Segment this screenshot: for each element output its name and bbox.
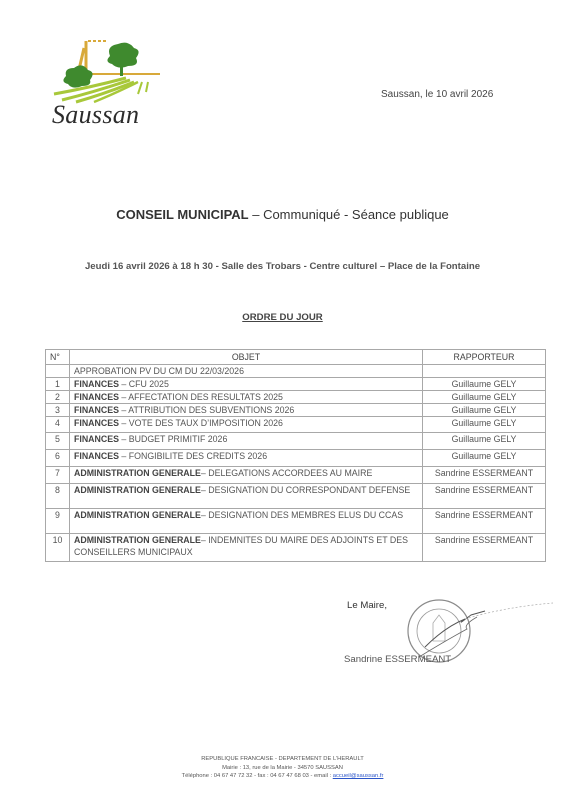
row-category: FINANCES: [74, 434, 119, 444]
header-objet: OBJET: [70, 350, 423, 365]
row-number: 10: [46, 534, 70, 562]
row-subject: – CFU 2025: [119, 379, 169, 389]
row-objet: ADMINISTRATION GENERALE– DELEGATIONS ACC…: [70, 467, 423, 484]
row-objet: FINANCES – AFFECTATION DES RESULTATS 202…: [70, 391, 423, 404]
row-number: 9: [46, 509, 70, 534]
row-subject: – DESIGNATION DES MEMBRES ELUS DU CCAS: [201, 510, 403, 520]
header-num: N°: [46, 350, 70, 365]
row-rapporteur: Sandrine ESSERMEANT: [423, 534, 546, 562]
row-subject: – DESIGNATION DU CORRESPONDANT DEFENSE: [201, 485, 410, 495]
row-rapporteur: Guillaume GELY: [423, 450, 546, 467]
table-row: 1FINANCES – CFU 2025Guillaume GELY: [46, 378, 546, 391]
signature-title: Le Maire,: [347, 600, 387, 611]
header-rapporteur: RAPPORTEUR: [423, 350, 546, 365]
row-rapporteur: Guillaume GELY: [423, 391, 546, 404]
row-number: [46, 365, 70, 378]
row-number: 3: [46, 404, 70, 417]
table-row: 10ADMINISTRATION GENERALE– INDEMNITES DU…: [46, 534, 546, 562]
row-objet: ADMINISTRATION GENERALE– DESIGNATION DES…: [70, 509, 423, 534]
row-objet: FINANCES – CFU 2025: [70, 378, 423, 391]
table-row: 4FINANCES – VOTE DES TAUX D’IMPOSITION 2…: [46, 417, 546, 433]
row-category: ADMINISTRATION GENERALE: [74, 510, 201, 520]
row-objet: ADMINISTRATION GENERALE– INDEMNITES DU M…: [70, 534, 423, 562]
row-subject: APPROBATION PV DU CM DU 22/03/2026: [74, 366, 244, 376]
row-subject: – BUDGET PRIMITIF 2026: [119, 434, 227, 444]
row-number: 6: [46, 450, 70, 467]
row-subject: – DELEGATIONS ACCORDEES AU MAIRE: [201, 468, 372, 478]
table-row: APPROBATION PV DU CM DU 22/03/2026: [46, 365, 546, 378]
table-row: 9ADMINISTRATION GENERALE– DESIGNATION DE…: [46, 509, 546, 534]
row-rapporteur: Sandrine ESSERMEANT: [423, 484, 546, 509]
row-objet: FINANCES – FONGIBILITE DES CREDITS 2026: [70, 450, 423, 467]
row-rapporteur: Guillaume GELY: [423, 433, 546, 450]
signature-name: Sandrine ESSERMEANT: [344, 654, 451, 665]
row-category: FINANCES: [74, 392, 119, 402]
table-header-row: N° OBJET RAPPORTEUR: [46, 350, 546, 365]
row-number: 1: [46, 378, 70, 391]
row-category: FINANCES: [74, 451, 119, 461]
row-rapporteur: Sandrine ESSERMEANT: [423, 467, 546, 484]
table-body: APPROBATION PV DU CM DU 22/03/20261FINAN…: [46, 365, 546, 562]
row-category: ADMINISTRATION GENERALE: [74, 535, 201, 545]
row-category: FINANCES: [74, 379, 119, 389]
footer-line-2: Mairie : 13, rue de la Mairie - 34570 SA…: [0, 764, 565, 773]
email-link[interactable]: accueil@saussan.fr: [333, 773, 384, 779]
row-subject: – FONGIBILITE DES CREDITS 2026: [119, 451, 267, 461]
row-rapporteur: [423, 365, 546, 378]
date-line: Saussan, le 10 avril 2026: [381, 89, 493, 100]
title-strong: CONSEIL MUNICIPAL: [116, 207, 248, 222]
footer-line-1: REPUBLIQUE FRANCAISE - DEPARTEMENT DE L’…: [0, 755, 565, 764]
row-number: 5: [46, 433, 70, 450]
row-objet: ADMINISTRATION GENERALE– DESIGNATION DU …: [70, 484, 423, 509]
row-rapporteur: Guillaume GELY: [423, 378, 546, 391]
table-row: 6FINANCES – FONGIBILITE DES CREDITS 2026…: [46, 450, 546, 467]
row-category: FINANCES: [74, 418, 119, 428]
row-number: 2: [46, 391, 70, 404]
footer: REPUBLIQUE FRANCAISE - DEPARTEMENT DE L’…: [0, 755, 565, 781]
agenda-table: N° OBJET RAPPORTEUR APPROBATION PV DU CM…: [45, 349, 546, 562]
row-number: 7: [46, 467, 70, 484]
table-row: 8ADMINISTRATION GENERALE– DESIGNATION DU…: [46, 484, 546, 509]
row-category: ADMINISTRATION GENERALE: [74, 485, 201, 495]
row-rapporteur: Guillaume GELY: [423, 417, 546, 433]
table-row: 3FINANCES – ATTRIBUTION DES SUBVENTIONS …: [46, 404, 546, 417]
logo-text: Saussan: [52, 100, 139, 130]
title-rest: – Communiqué - Séance publique: [249, 207, 449, 222]
row-objet: FINANCES – ATTRIBUTION DES SUBVENTIONS 2…: [70, 404, 423, 417]
row-objet: APPROBATION PV DU CM DU 22/03/2026: [70, 365, 423, 378]
row-rapporteur: Guillaume GELY: [423, 404, 546, 417]
row-subject: – VOTE DES TAUX D’IMPOSITION 2026: [119, 418, 283, 428]
row-subject: – AFFECTATION DES RESULTATS 2025: [119, 392, 283, 402]
row-subject: – ATTRIBUTION DES SUBVENTIONS 2026: [119, 405, 294, 415]
document-title: CONSEIL MUNICIPAL – Communiqué - Séance …: [0, 207, 565, 222]
table-row: 5FINANCES – BUDGET PRIMITIF 2026Guillaum…: [46, 433, 546, 450]
row-category: ADMINISTRATION GENERALE: [74, 468, 201, 478]
row-objet: FINANCES – BUDGET PRIMITIF 2026: [70, 433, 423, 450]
table-row: 2FINANCES – AFFECTATION DES RESULTATS 20…: [46, 391, 546, 404]
table-row: 7ADMINISTRATION GENERALE– DELEGATIONS AC…: [46, 467, 546, 484]
agenda-heading: ORDRE DU JOUR: [0, 312, 565, 323]
row-objet: FINANCES – VOTE DES TAUX D’IMPOSITION 20…: [70, 417, 423, 433]
row-number: 8: [46, 484, 70, 509]
row-rapporteur: Sandrine ESSERMEANT: [423, 509, 546, 534]
footer-line-3: Téléphone : 04 67 47 72 32 - fax : 04 67…: [0, 772, 565, 781]
footer-contact: Téléphone : 04 67 47 72 32 - fax : 04 67…: [182, 773, 333, 779]
row-category: FINANCES: [74, 405, 119, 415]
meeting-info: Jeudi 16 avril 2026 à 18 h 30 - Salle de…: [0, 261, 565, 272]
row-number: 4: [46, 417, 70, 433]
